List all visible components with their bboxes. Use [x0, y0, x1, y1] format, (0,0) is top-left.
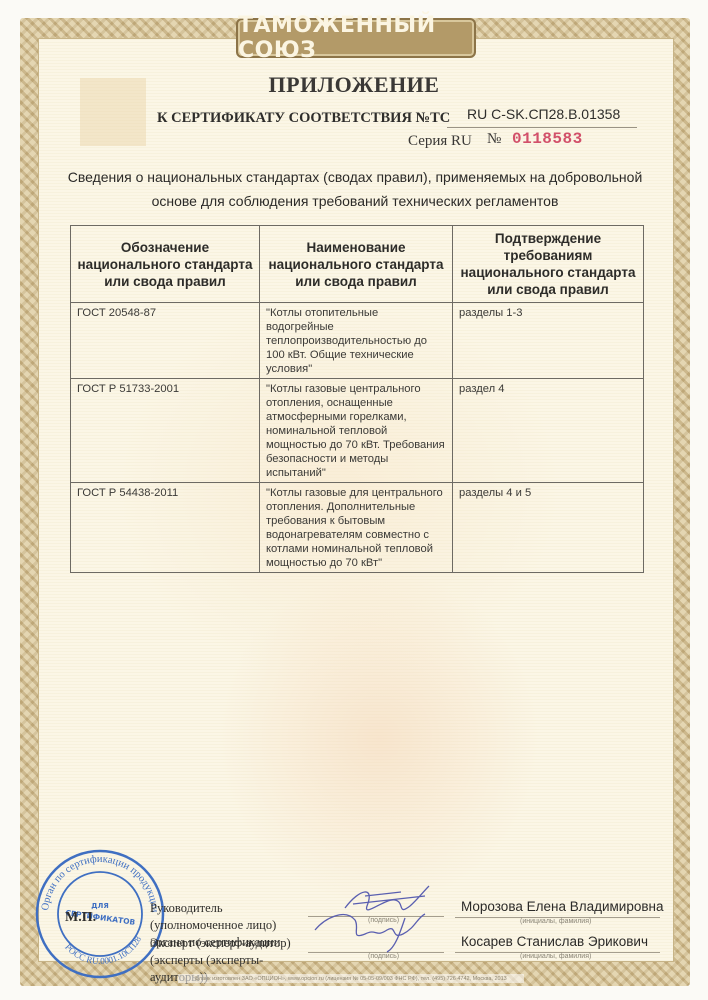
- certificate-number-underline: [447, 127, 637, 128]
- cell-designation: ГОСТ Р 51733-2001: [71, 379, 260, 483]
- printer-footer: Бланк изготовлен ЗАО «ОПЦИОН», www.opcio…: [178, 974, 524, 983]
- cell-confirmation: раздел 4: [453, 379, 644, 483]
- stamp-place-label: М.П.: [65, 910, 96, 926]
- header-name: Наименование национального стандарта или…: [260, 226, 453, 303]
- cell-name: "Котлы газовые центрального отопления, о…: [260, 379, 453, 483]
- expert-name: Косарев Станислав Эрикович: [461, 934, 648, 949]
- head-name: Морозова Елена Владимировна: [461, 899, 663, 914]
- intro-text: Сведения о национальных стандартах (свод…: [60, 165, 650, 213]
- table-row: ГОСТ Р 51733-2001 "Котлы газовые централ…: [71, 379, 644, 483]
- certificate-number: RU C-SK.СП28.В.01358: [467, 106, 620, 122]
- printer-footer-text: Бланк изготовлен ЗАО «ОПЦИОН», www.opcio…: [195, 976, 506, 982]
- header-designation: Обозначение национального стандарта или …: [71, 226, 260, 303]
- number-sign: №: [487, 131, 501, 148]
- certificate-label: К СЕРТИФИКАТУ СООТВЕТСТВИЯ №ТС: [157, 110, 450, 127]
- head-name-hint: (инициалы, фамилия): [520, 918, 591, 925]
- svg-text:РОСС RU.0001.10СП28: РОСС RU.0001.10СП28: [63, 934, 143, 966]
- series-number: 0118583: [512, 130, 583, 148]
- cell-designation: ГОСТ Р 54438-2011: [71, 483, 260, 573]
- header-confirmation: Подтверждение требованиям национального …: [453, 226, 644, 303]
- table-row: ГОСТ 20548-87 "Котлы отопительные водогр…: [71, 303, 644, 379]
- banner-text: ТАМОЖЕННЫЙ СОЮЗ: [238, 13, 474, 63]
- cell-name: "Котлы отопительные водогрейные теплопро…: [260, 303, 453, 379]
- table-row: ГОСТ Р 54438-2011 "Котлы газовые для цен…: [71, 483, 644, 573]
- standards-table: Обозначение национального стандарта или …: [70, 225, 644, 573]
- cell-name: "Котлы газовые для центрального отоплени…: [260, 483, 453, 573]
- cell-confirmation: разделы 1-3: [453, 303, 644, 379]
- signature-icon: [305, 878, 455, 958]
- cell-designation: ГОСТ 20548-87: [71, 303, 260, 379]
- series-label: Серия RU: [408, 133, 472, 150]
- certification-stamp-icon: Орган по сертификации продукции «ТестС-П…: [34, 848, 166, 980]
- page-title: ПРИЛОЖЕНИЕ: [0, 72, 708, 98]
- expert-name-hint: (инициалы, фамилия): [520, 953, 591, 960]
- cell-confirmation: разделы 4 и 5: [453, 483, 644, 573]
- svg-text:ДЛЯ: ДЛЯ: [91, 902, 108, 910]
- table-header-row: Обозначение национального стандарта или …: [71, 226, 644, 303]
- customs-union-banner: ТАМОЖЕННЫЙ СОЮЗ: [236, 18, 476, 58]
